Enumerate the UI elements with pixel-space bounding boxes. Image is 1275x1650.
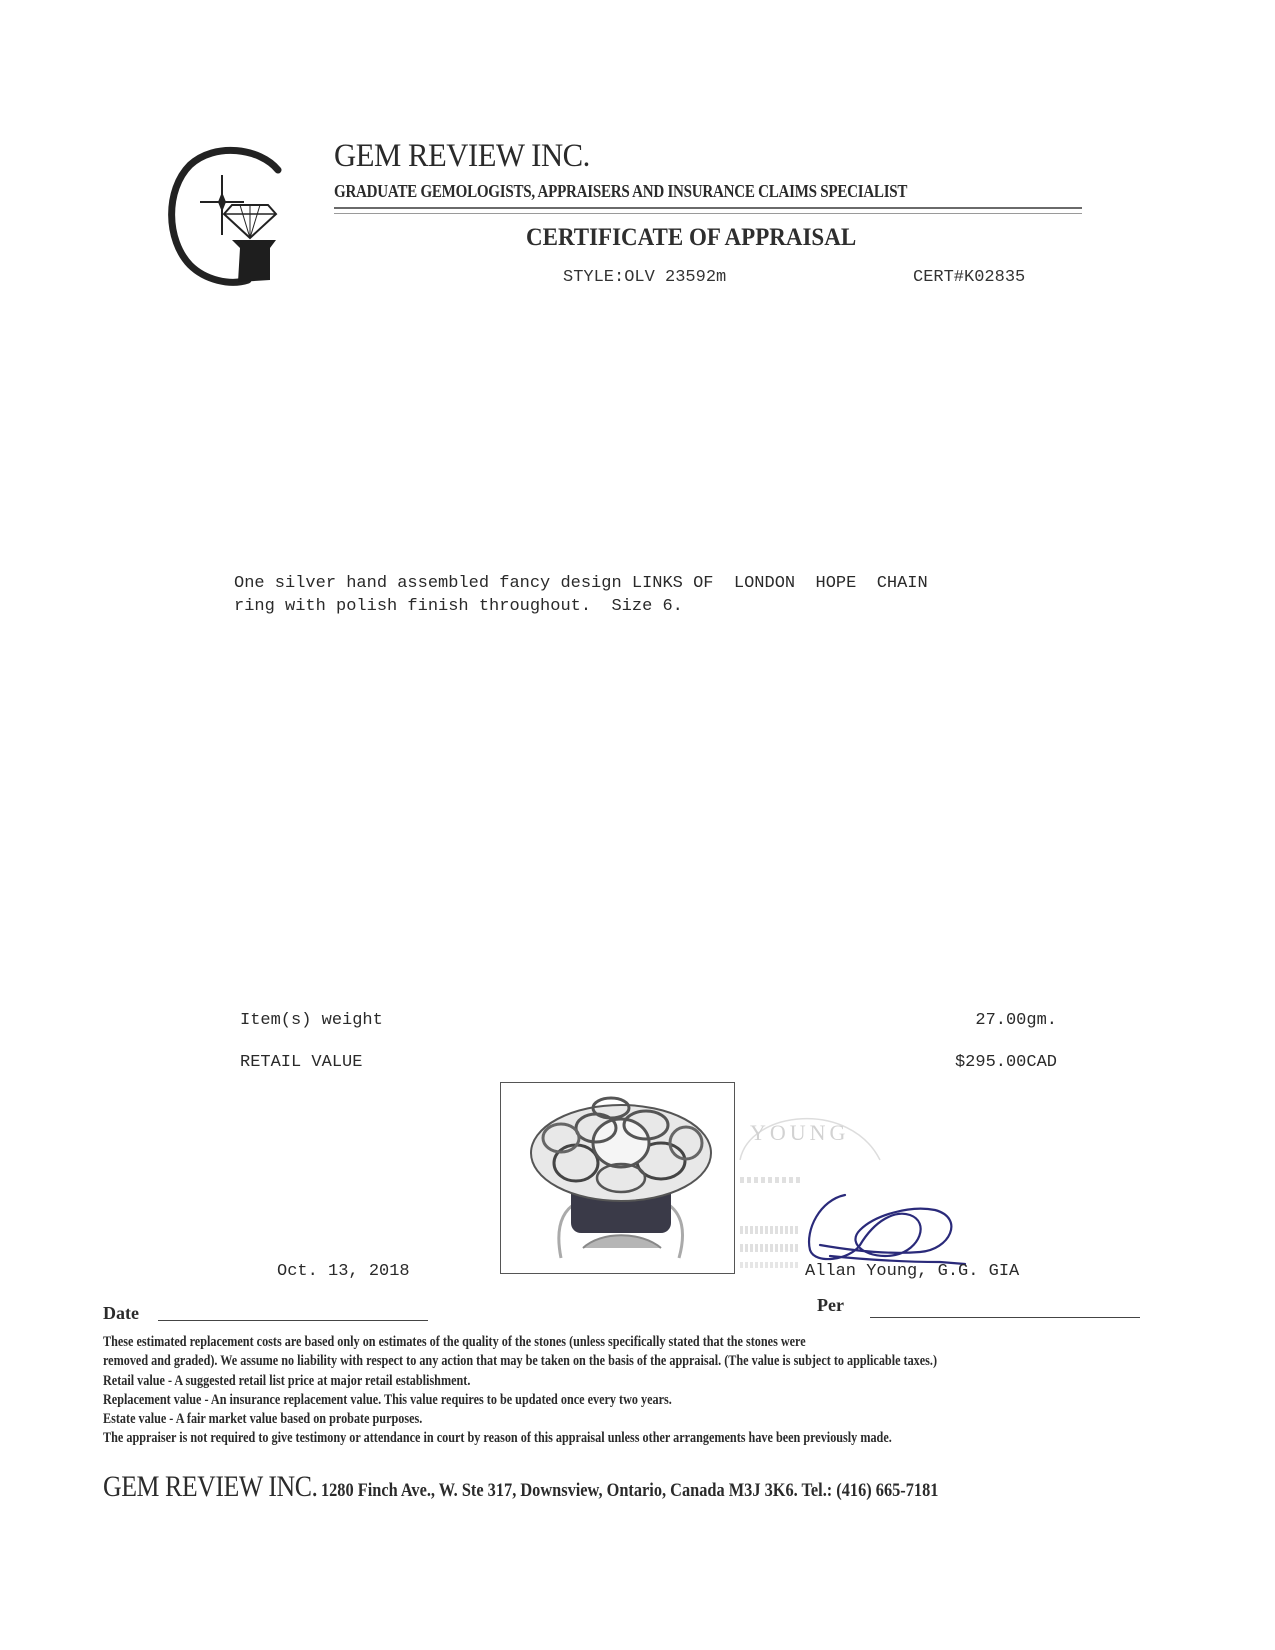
weight-value: 27.00gm. [975,1011,1057,1030]
disclaimer-line: These estimated replacement costs are ba… [103,1333,937,1352]
date-signature-line [158,1320,428,1321]
retail-value-amount: $295.00CAD [955,1053,1057,1072]
appraiser-signature-icon [800,1190,970,1270]
document-title: CERTIFICATE OF APPRAISAL [526,224,856,252]
per-signature-line [870,1317,1140,1318]
ring-image-icon [501,1083,734,1273]
certificate-number: CERT#K02835 [913,268,1025,287]
description-line-1: One silver hand assembled fancy design L… [234,574,928,593]
footer-address: 1280 Finch Ave., W. Ste 317, Downsview, … [321,1480,938,1501]
gem-review-logo-icon [160,140,295,290]
date-label: Date [103,1303,139,1324]
disclaimer-line: Estate value - A fair market value based… [103,1410,937,1429]
company-name: GEM REVIEW INC. [334,138,590,175]
weight-label: Item(s) weight [240,1011,383,1030]
footer: GEM REVIEW INC. 1280 Finch Ave., W. Ste … [103,1470,938,1504]
per-label: Per [817,1295,844,1316]
svg-text:YOUNG: YOUNG [750,1120,849,1145]
ring-photo [500,1082,735,1274]
disclaimer-line: Replacement value - An insurance replace… [103,1391,937,1410]
appraiser-name: Allan Young, G.G. GIA [805,1262,1019,1281]
item-description: One silver hand assembled fancy design L… [234,572,928,618]
appraisal-date: Oct. 13, 2018 [277,1262,410,1281]
disclaimer-line: Retail value - A suggested retail list p… [103,1372,937,1391]
company-tagline: GRADUATE GEMOLOGISTS, APPRAISERS AND INS… [334,181,907,202]
header-divider [334,207,1082,214]
style-number: STYLE:OLV 23592m [563,268,726,287]
disclaimer: These estimated replacement costs are ba… [103,1333,937,1449]
disclaimer-line: The appraiser is not required to give te… [103,1429,937,1448]
description-line-2: ring with polish finish throughout. Size… [234,597,683,616]
footer-company-name: GEM REVIEW INC. [103,1470,318,1503]
retail-value-label: RETAIL VALUE [240,1053,362,1072]
disclaimer-line: removed and graded). We assume no liabil… [103,1352,937,1371]
